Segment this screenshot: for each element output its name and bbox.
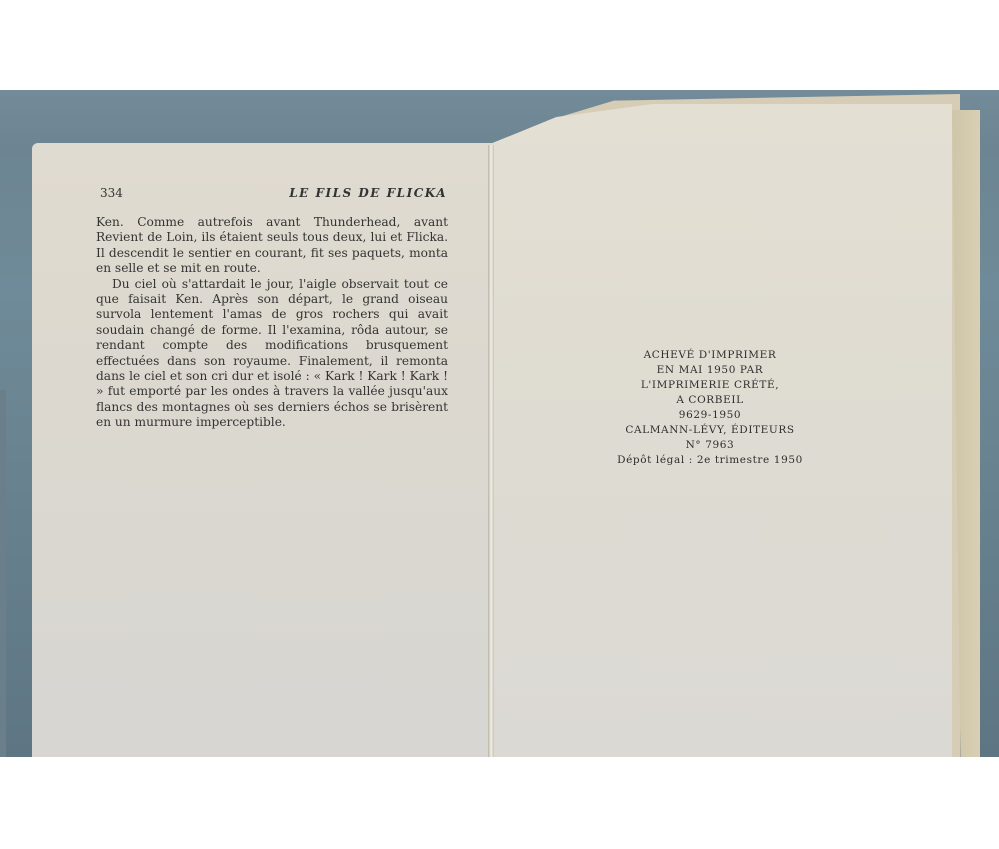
- colophon-line: 9629-1950: [612, 408, 808, 423]
- page-number: 334: [100, 186, 123, 200]
- colophon-line: CALMANN-LÉVY, ÉDITEURS: [612, 423, 808, 438]
- running-header: 334 LE FILS DE FLICKA: [100, 186, 447, 202]
- colophon: ACHEVÉ D'IMPRIMER EN MAI 1950 PAR L'IMPR…: [612, 348, 808, 468]
- colophon-line: A CORBEIL: [612, 393, 808, 408]
- colophon-line: Dépôt légal : 2e trimestre 1950: [612, 453, 808, 468]
- left-page-body: Ken. Comme autrefois avant Thunderhead, …: [96, 215, 448, 431]
- paragraph: Du ciel où s'attardait le jour, l'aigle …: [96, 277, 448, 431]
- colophon-line: L'IMPRIMERIE CRÉTÉ,: [612, 378, 808, 393]
- colophon-line: N° 7963: [612, 438, 808, 453]
- running-title: LE FILS DE FLICKA: [289, 186, 447, 200]
- colophon-line: ACHEVÉ D'IMPRIMER: [612, 348, 808, 363]
- paragraph: Ken. Comme autrefois avant Thunderhead, …: [96, 215, 448, 277]
- book-spine-gutter: [488, 145, 494, 757]
- colophon-line: EN MAI 1950 PAR: [612, 363, 808, 378]
- background-cloth-edge: [0, 390, 6, 757]
